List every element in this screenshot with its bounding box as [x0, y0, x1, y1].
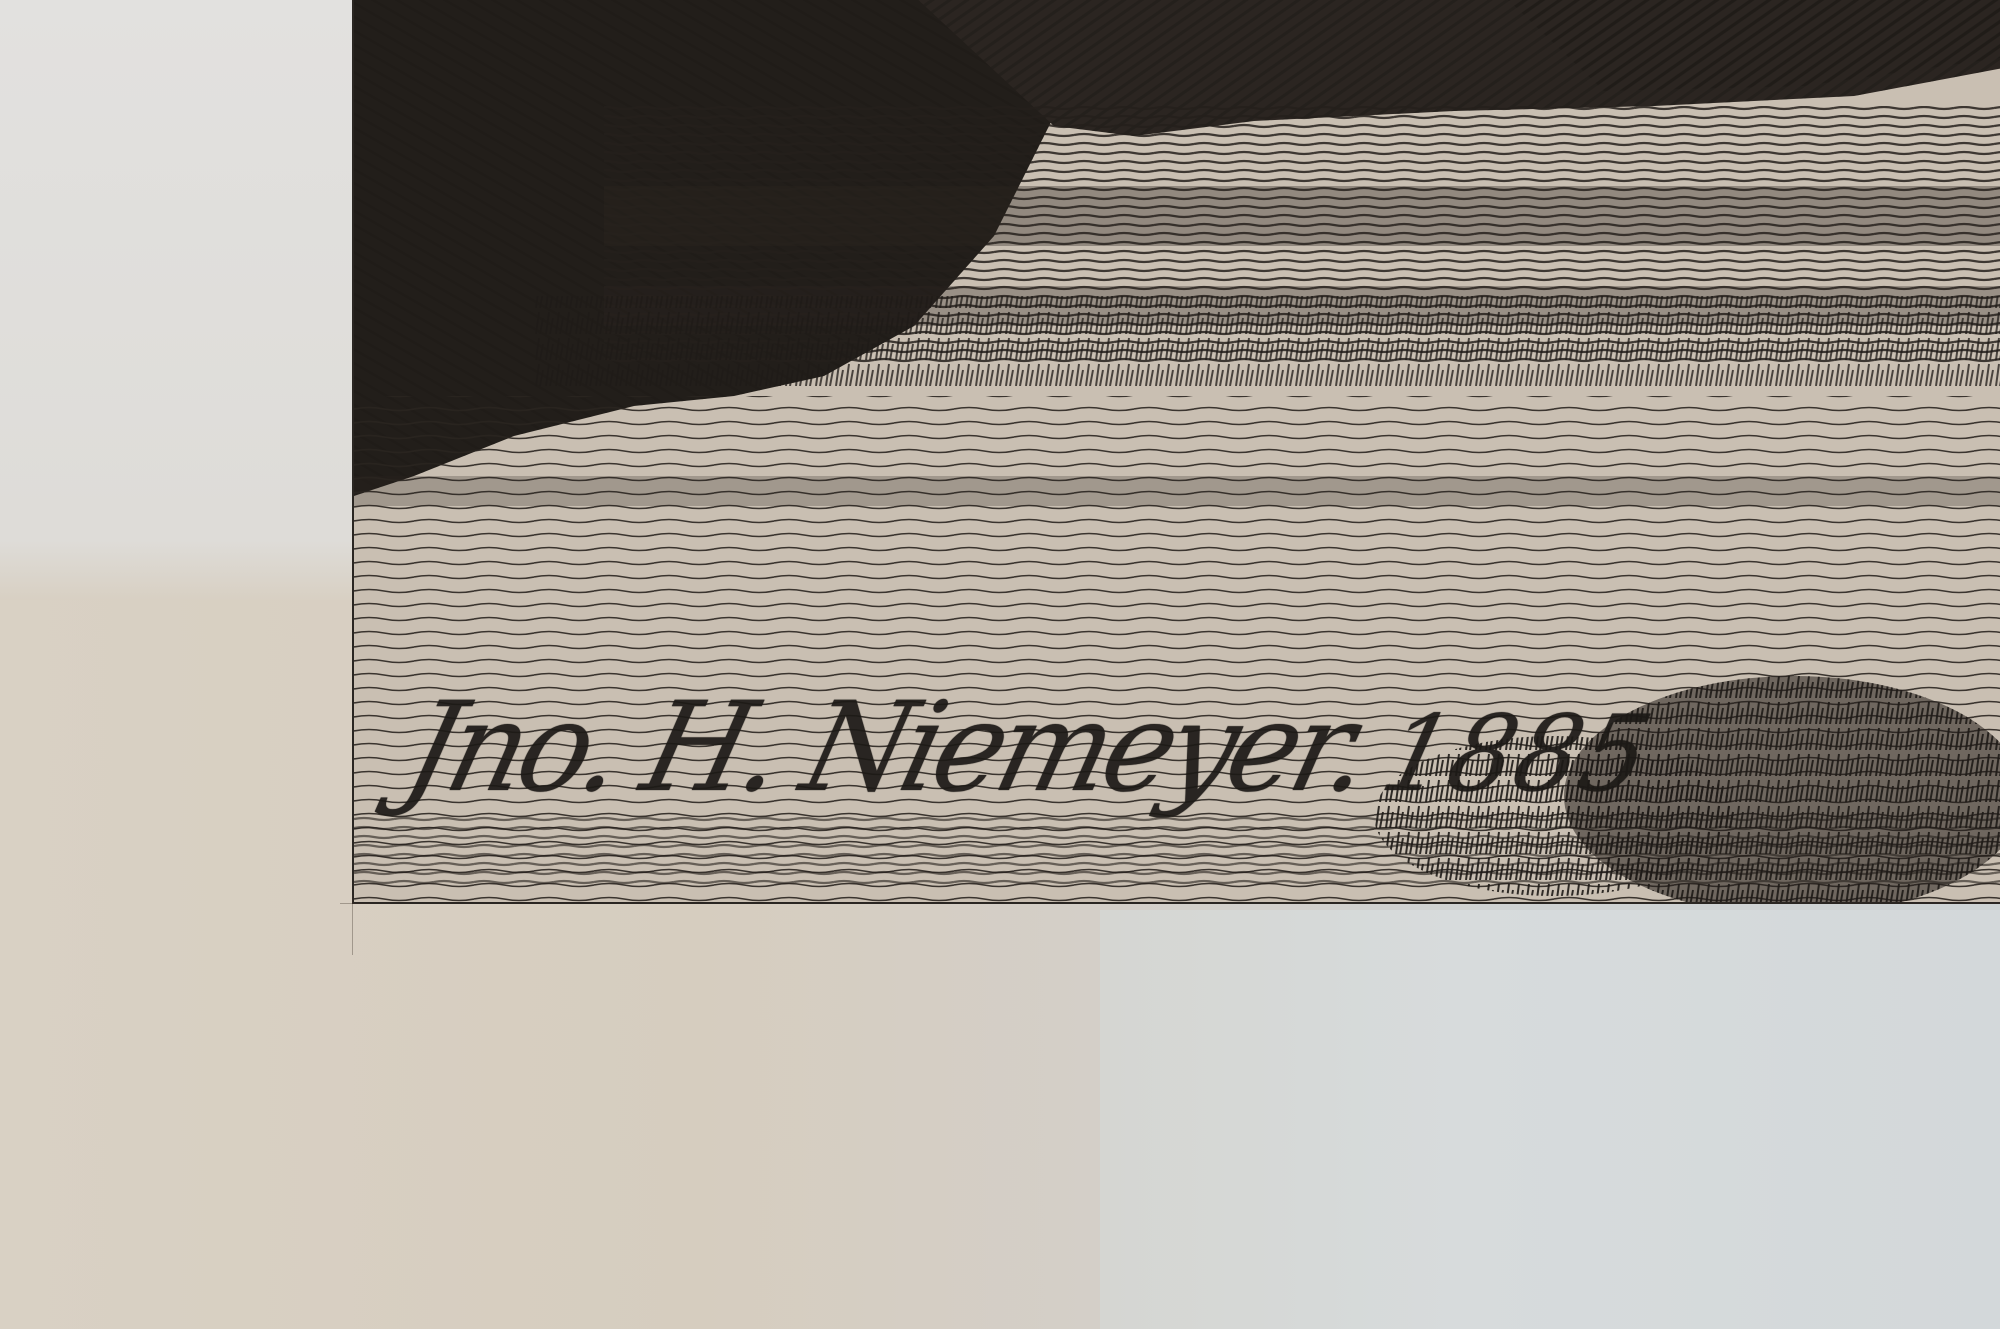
paper-margin-light [0, 0, 360, 600]
artist-signature: Jno. H. Niemeyer.1885 [374, 685, 1546, 895]
paper-margin-cool [1100, 910, 2000, 1329]
signature-name: Jno. H. Niemeyer [393, 675, 1351, 820]
plate-mark-horizontal [340, 903, 370, 904]
plate-mark-vertical [352, 895, 353, 955]
signature-year: 1885 [1371, 692, 1664, 815]
